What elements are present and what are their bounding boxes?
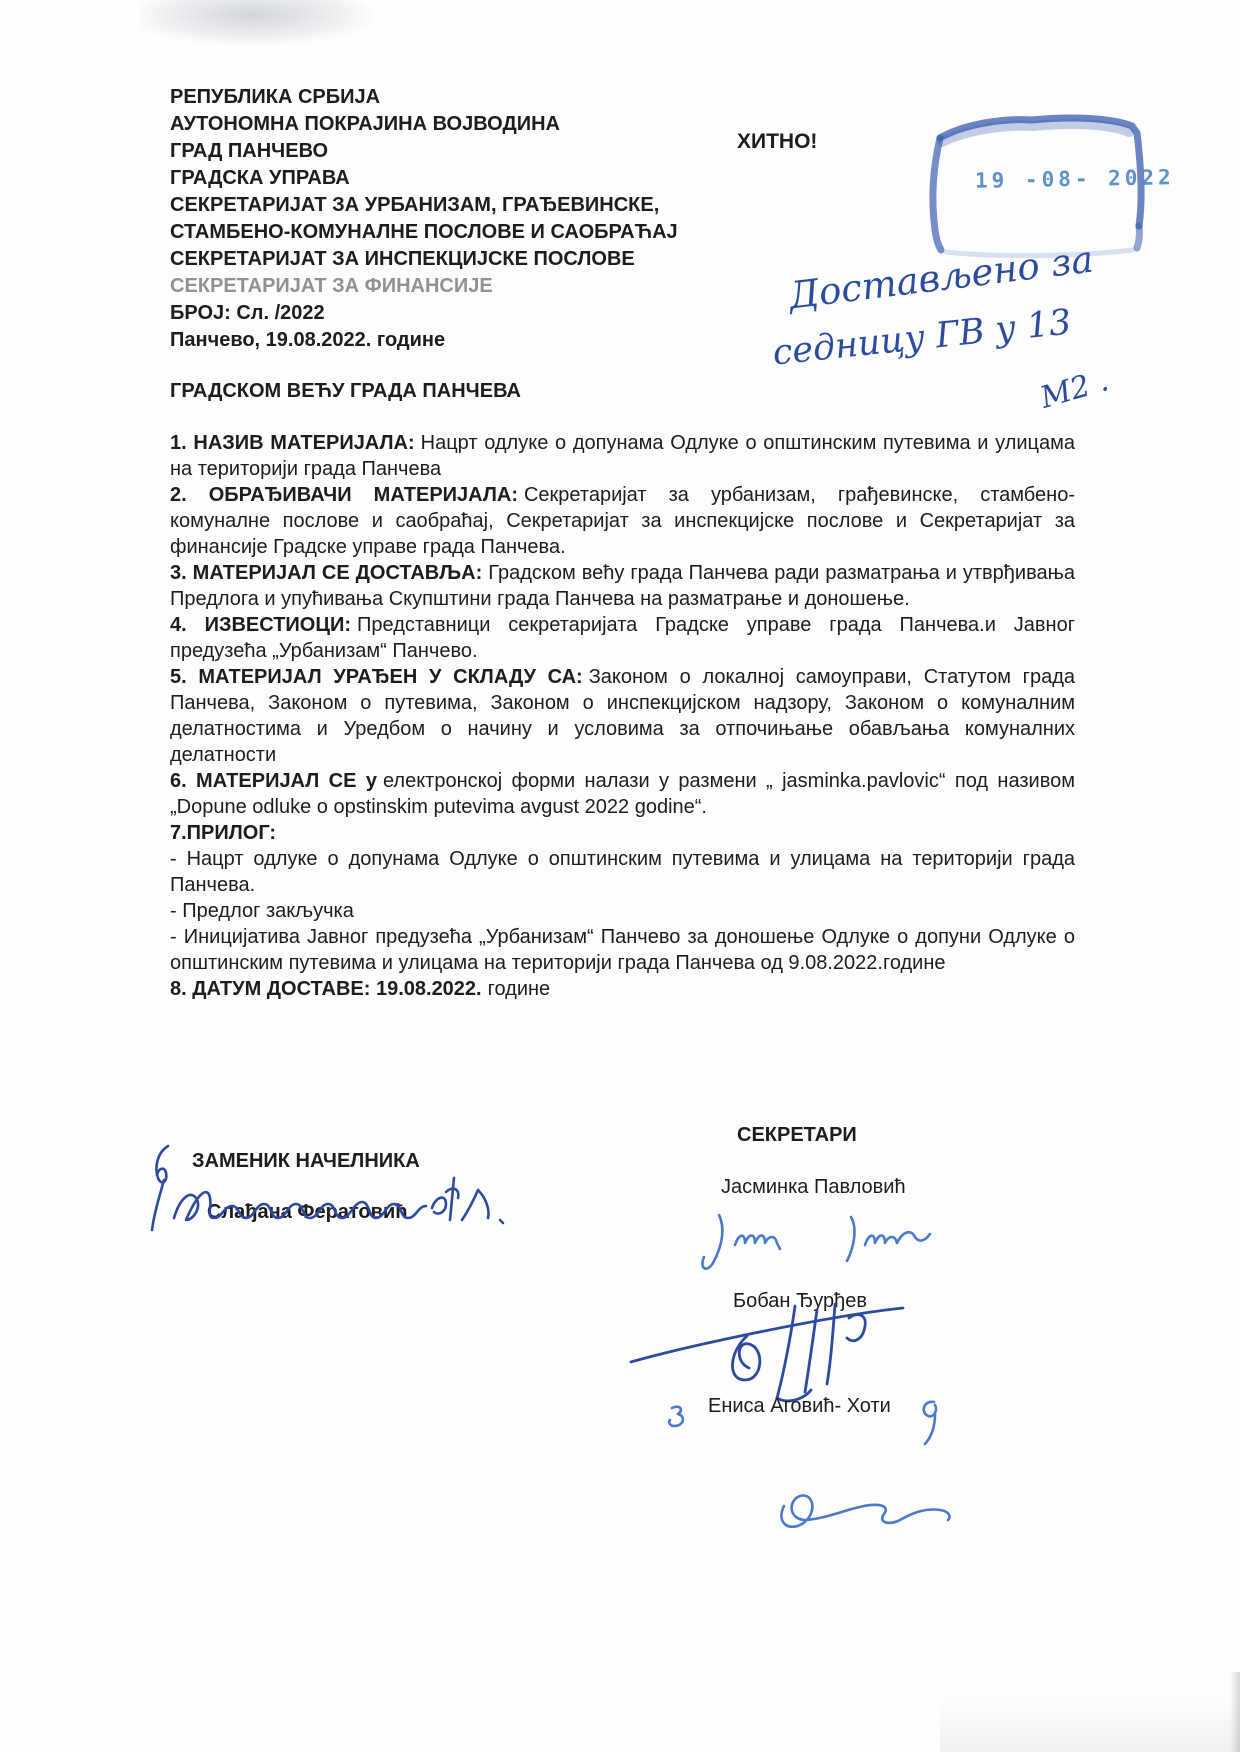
- body-paragraph: 4. ИЗВЕСТИОЦИ:Представници секретаријата…: [170, 612, 1075, 664]
- letterhead-line-faded: СЕКРЕТАРИЈАТ ЗА ФИНАНСИЈЕ: [170, 273, 678, 300]
- paragraph-label: 6. МАТЕРИЈАЛ СЕ у: [170, 770, 377, 792]
- secretary-3-flourish: [916, 1392, 946, 1452]
- attachment-item: - Нацрт одлуке о допунама Одлуке о општи…: [170, 846, 1075, 898]
- body-paragraph: 7.ПРИЛОГ:: [170, 820, 1075, 846]
- secretary-signature-2: [625, 1292, 915, 1412]
- paragraph-text: - Предлог закључка: [170, 900, 354, 922]
- paragraph-label: 4. ИЗВЕСТИОЦИ:: [170, 614, 351, 636]
- body-paragraph: 5. МАТЕРИЈАЛ УРАЂЕН У СКЛАДУ СА:Законом …: [170, 664, 1075, 768]
- paragraph-label: 2. ОБРАЂИВАЧИ МАТЕРИЈАЛА:: [170, 484, 518, 506]
- letterhead-line: ГРАД ПАНЧЕВО: [170, 138, 678, 165]
- letterhead-line: СЕКРЕТАРИЈАТ ЗА УРБАНИЗАМ, ГРАЂЕВИНСКЕ,: [170, 192, 678, 219]
- letterhead-line: ГРАДСКА УПРАВА: [170, 165, 678, 192]
- scan-smudge-top: [140, 0, 390, 50]
- secretary-name-1: Јасминка Павловић: [721, 1176, 906, 1199]
- letterhead-line: АУТОНОМНА ПОКРАЈИНА ВОЈВОДИНА: [170, 111, 678, 138]
- paragraph-text: - Иницијатива Јавног предузећа „Урбаниза…: [170, 926, 1075, 974]
- secretary-signature-1: [695, 1205, 965, 1285]
- document-page: РЕПУБЛИКА СРБИЈА АУТОНОМНА ПОКРАЈИНА ВОЈ…: [0, 0, 1240, 1752]
- scan-smudge-bottom: [940, 1697, 1240, 1752]
- body-paragraph: 8. ДАТУМ ДОСТАВЕ: 19.08.2022.године: [170, 976, 1075, 1002]
- body-paragraph: 2. ОБРАЂИВАЧИ МАТЕРИЈАЛА:Секретаријат за…: [170, 482, 1075, 560]
- letterhead-line: СЕКРЕТАРИЈАТ ЗА ИНСПЕКЦИЈСКЕ ПОСЛОВЕ: [170, 246, 678, 273]
- place-date-line: Панчево, 19.08.2022. године: [170, 327, 678, 354]
- deputy-signature-scribble: [146, 1136, 506, 1246]
- secretary-3-premark: [662, 1396, 702, 1436]
- paragraph-label: 7.ПРИЛОГ:: [170, 822, 276, 844]
- secretary-signature-3: [768, 1448, 978, 1543]
- scan-edge-right: [1230, 1672, 1240, 1752]
- paragraph-label: 1. НАЗИВ МАТЕРИЈАЛА:: [170, 432, 415, 454]
- paragraph-text: - Нацрт одлуке о допунама Одлуке о општи…: [170, 848, 1075, 896]
- stamp-date: 19 -08- 2022: [975, 165, 1175, 192]
- body-paragraph: 3. МАТЕРИЈАЛ СЕ ДОСТАВЉА:Градском већу г…: [170, 560, 1075, 612]
- paragraph-text: године: [488, 978, 551, 1000]
- document-body: 1. НАЗИВ МАТЕРИЈАЛА:Нацрт одлуке о допун…: [170, 430, 1075, 1002]
- letterhead-line: РЕПУБЛИКА СРБИЈА: [170, 84, 678, 111]
- paragraph-label: 3. МАТЕРИЈАЛ СЕ ДОСТАВЉА:: [170, 562, 482, 584]
- document-number: БРОЈ: Сл. /2022: [170, 300, 678, 327]
- paragraph-label: 8. ДАТУМ ДОСТАВЕ: 19.08.2022.: [170, 978, 482, 1000]
- handwritten-note-line3: М2 .: [1037, 363, 1113, 416]
- paragraph-label: 5. МАТЕРИЈАЛ УРАЂЕН У СКЛАДУ СА:: [170, 666, 583, 688]
- urgent-label: ХИТНО!: [737, 130, 817, 154]
- body-paragraph: 1. НАЗИВ МАТЕРИЈАЛА:Нацрт одлуке о допун…: [170, 430, 1075, 482]
- attachment-item: - Иницијатива Јавног предузећа „Урбаниза…: [170, 924, 1075, 976]
- secretaries-title: СЕКРЕТАРИ: [737, 1124, 857, 1147]
- letterhead-line: СТАМБЕНО-КОМУНАЛНЕ ПОСЛОВЕ И САОБРАЋАЈ: [170, 219, 678, 246]
- secretary-name-3: Ениса Аговић- Хоти: [708, 1395, 891, 1418]
- attachment-item: - Предлог закључка: [170, 898, 1075, 924]
- letterhead: РЕПУБЛИКА СРБИЈА АУТОНОМНА ПОКРАЈИНА ВОЈ…: [170, 84, 678, 354]
- body-paragraph: 6. МАТЕРИЈАЛ СЕ уелектронској форми нала…: [170, 768, 1075, 820]
- addressee-line: ГРАДСКОМ ВЕЋУ ГРАДА ПАНЧЕВА: [170, 380, 521, 403]
